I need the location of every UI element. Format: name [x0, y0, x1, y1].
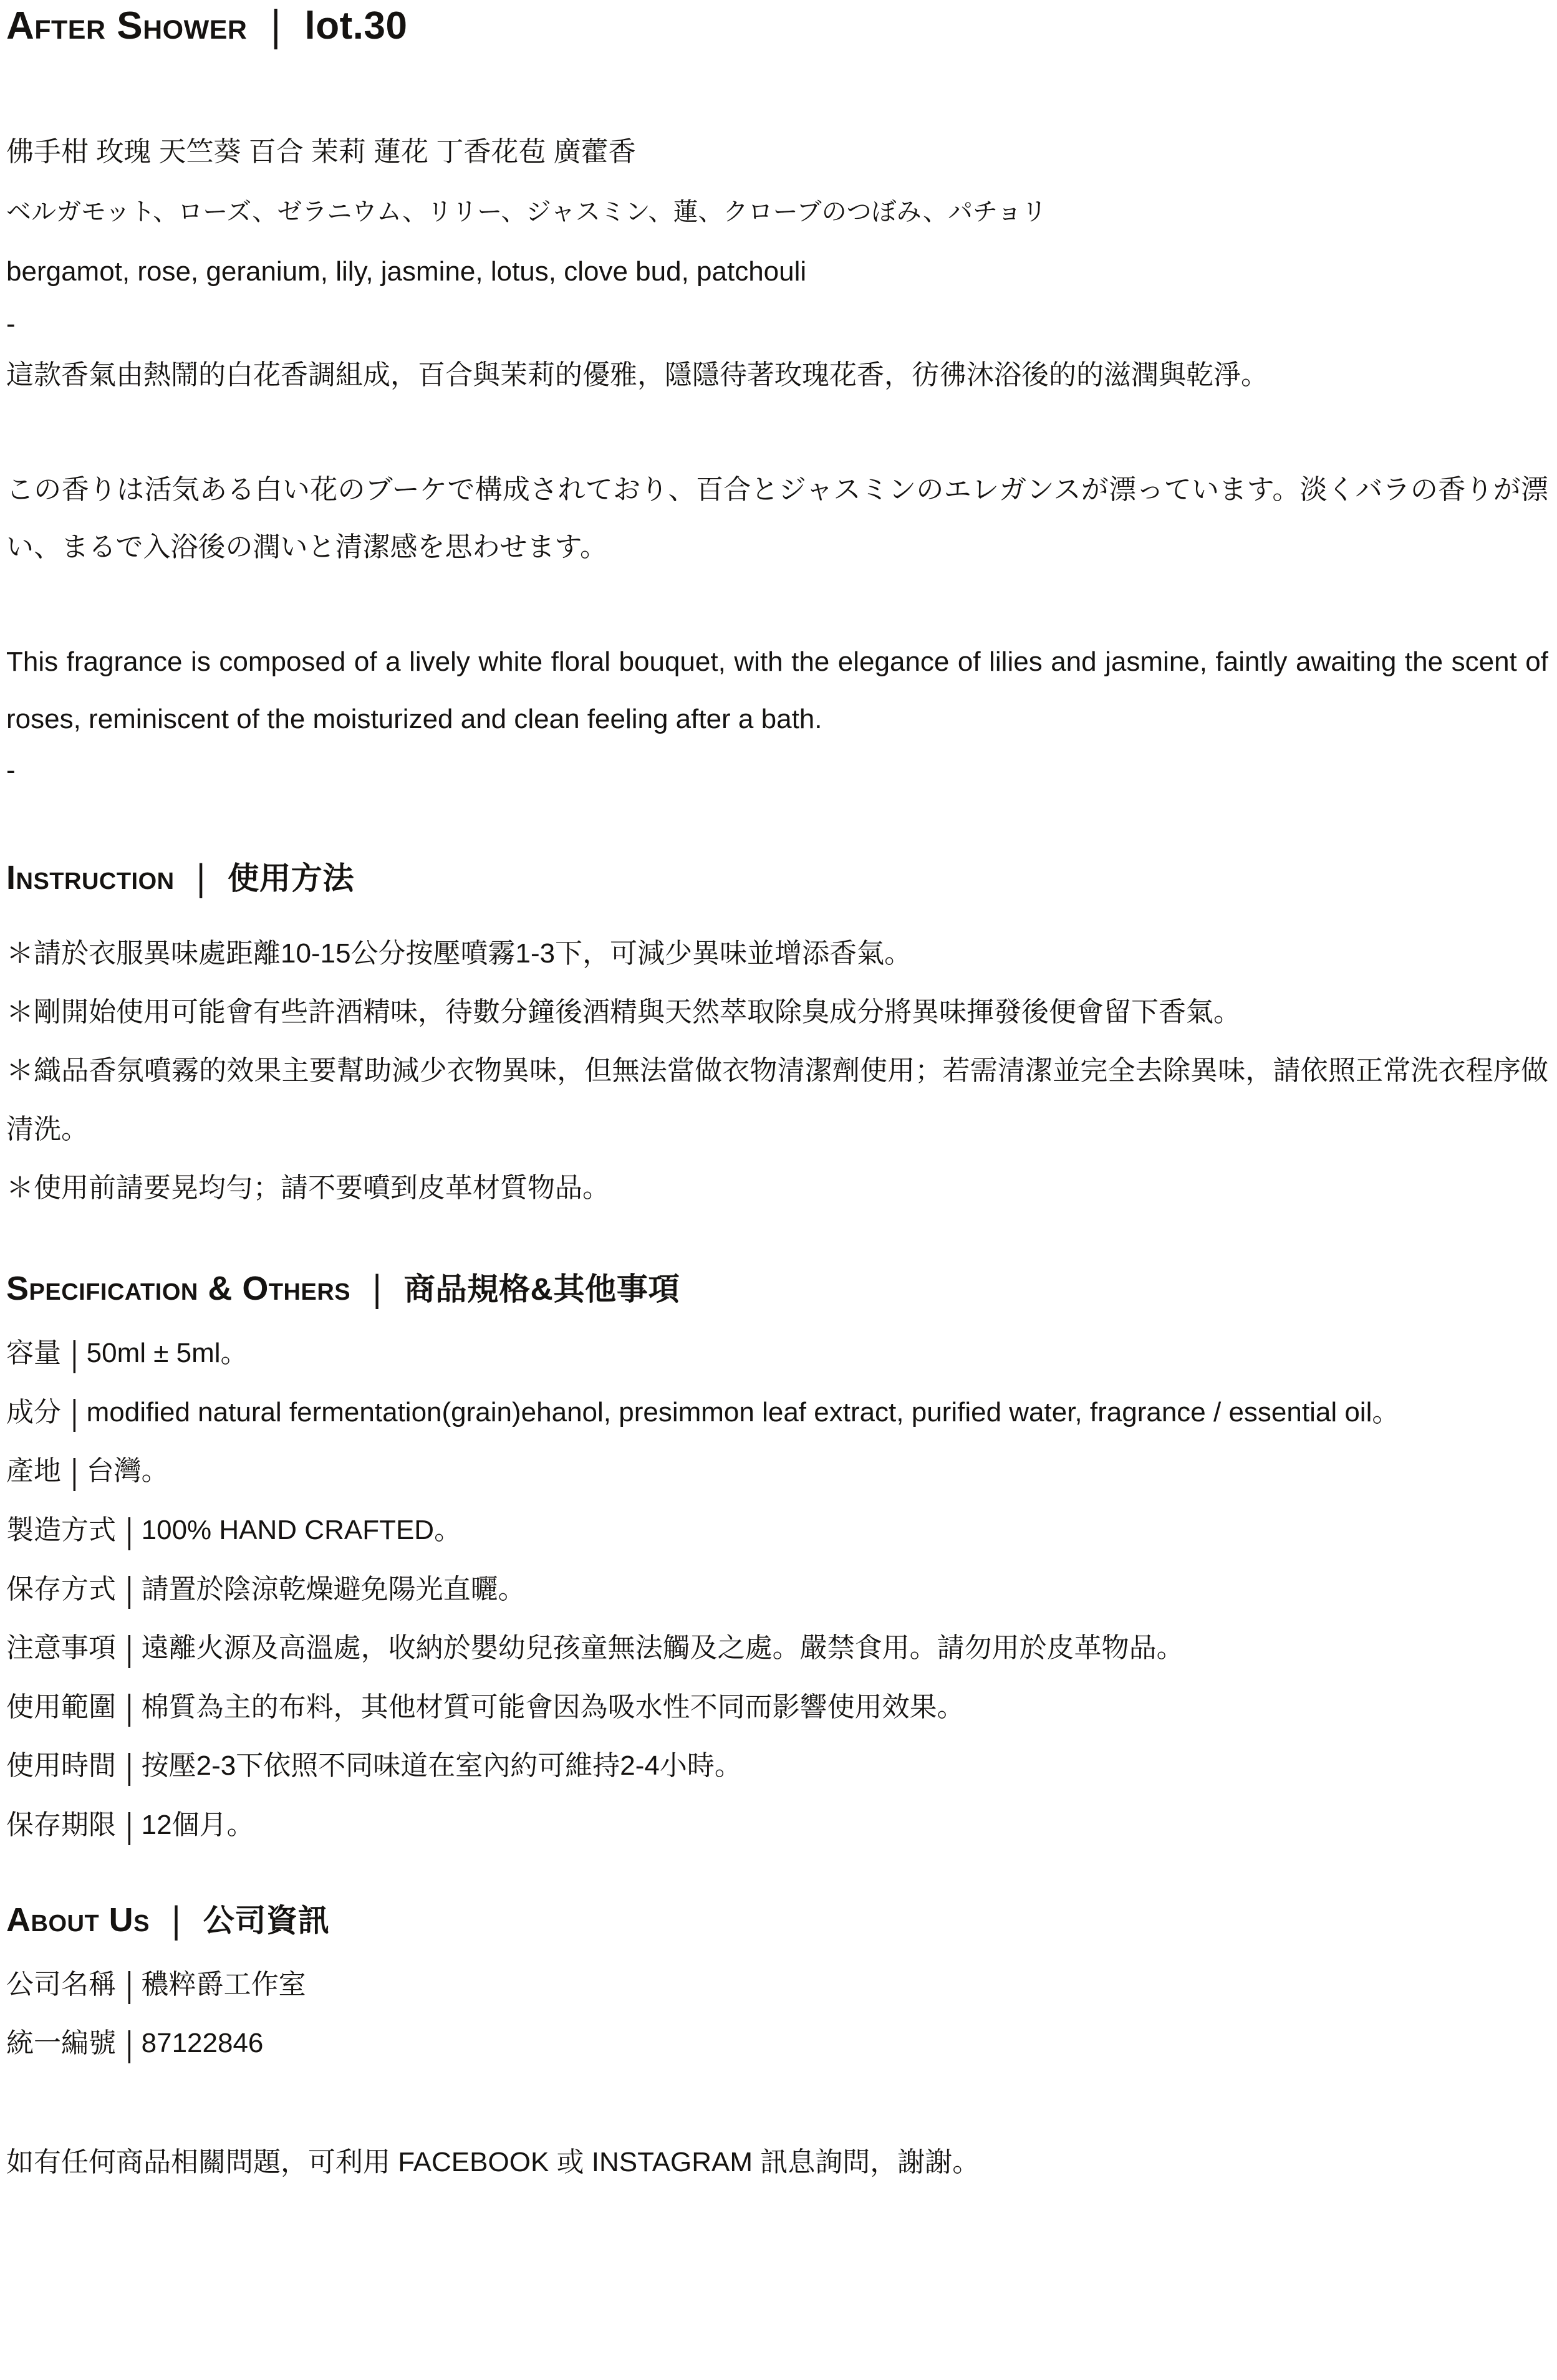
footer-contact-note: 如有任何商品相關問題，可利用 FACEBOOK 或 INSTAGRAM 訊息詢問… [6, 2133, 1548, 2192]
label-divider: | [126, 1619, 133, 1678]
label-divider: | [71, 1442, 78, 1501]
spec-label-origin: 產地 [6, 1456, 61, 1486]
spec-row-shelf-life: 保存期限|12個月。 [6, 1796, 1548, 1855]
notes-english: bergamot, rose, geranium, lily, jasmine,… [6, 242, 1548, 302]
specification-heading: Specification & Others | 商品規格&其他事項 [6, 1264, 1548, 1314]
description-japanese: この香りは活気ある白い花のブーケで構成されており、百合とジャスミンのエレガンスが… [6, 461, 1548, 576]
about-row-tax-id: 統一編號|87122846 [6, 2014, 1548, 2073]
spec-row-production: 製造方式|100% HAND CRAFTED。 [6, 1501, 1548, 1560]
about-heading-cjk: 公司資訊 [203, 1903, 330, 1938]
about-value-company-name: 穠粹爵工作室 [142, 1969, 306, 2000]
description-chinese: 這款香氣由熱鬧的白花香調組成，百合與茉莉的優雅，隱隱待著玫瑰花香，彷彿沐浴後的的… [6, 347, 1548, 404]
spec-label-production: 製造方式 [6, 1515, 116, 1545]
spec-value-caution: 遠離火源及高溫處，收納於嬰幼兒孩童無法觸及之處。嚴禁食用。請勿用於皮革物品。 [142, 1633, 1184, 1663]
spec-label-usage-range: 使用範圍 [6, 1692, 116, 1722]
spec-value-shelf-life: 12個月。 [142, 1810, 254, 1840]
instruction-bullet-2: ＊剛開始使用可能會有些許酒精味，待數分鐘後酒精與天然萃取除臭成分將異味揮發後便會… [6, 983, 1548, 1042]
spec-value-ingredients: modified natural fermentation(grain)ehan… [87, 1397, 1400, 1428]
specification-heading-cjk: 商品規格&其他事項 [404, 1272, 680, 1307]
spec-label-caution: 注意事項 [6, 1633, 116, 1663]
page-title: After Shower | lot.30 [6, 4, 1548, 49]
page-title-separator: | [258, 1, 294, 52]
specification-rows: 容量|50ml ± 5ml。 成分|modified natural ferme… [6, 1324, 1548, 1855]
spec-row-usage-range: 使用範圍|棉質為主的布料，其他材質可能會因為吸水性不同而影響使用效果。 [6, 1678, 1548, 1737]
instruction-bullets: ＊請於衣服異味處距離10-15公分按壓噴霧1-3下，可減少異味並增添香氣。 ＊剛… [6, 924, 1548, 1217]
spec-row-storage: 保存方式|請置於陰涼乾燥避免陽光直曬。 [6, 1560, 1548, 1619]
fragrance-notes: 佛手柑 玫瑰 天竺葵 百合 茉莉 蓮花 丁香花苞 廣藿香 ベルガモット、ローズ、… [6, 122, 1548, 302]
specification-section: Specification & Others | 商品規格&其他事項 容量|50… [6, 1264, 1548, 1855]
instruction-bullet-1: ＊請於衣服異味處距離10-15公分按壓噴霧1-3下，可減少異味並增添香氣。 [6, 924, 1548, 983]
spec-label-volume: 容量 [6, 1338, 61, 1368]
spec-row-ingredients: 成分|modified natural fermentation(grain)e… [6, 1383, 1548, 1442]
spec-label-ingredients: 成分 [6, 1397, 61, 1428]
specification-heading-latin: Specification & Others [6, 1270, 350, 1307]
about-row-company-name: 公司名稱|穠粹爵工作室 [6, 1955, 1548, 2015]
spec-value-usage-duration: 按壓2-3下依照不同味道在室內約可維持2-4小時。 [142, 1750, 742, 1781]
spec-value-volume: 50ml ± 5ml。 [87, 1338, 248, 1368]
product-detail-page: After Shower | lot.30 佛手柑 玫瑰 天竺葵 百合 茉莉 蓮… [0, 0, 1557, 2380]
label-divider: | [126, 1797, 133, 1855]
instruction-bullet-3: ＊織品香氛噴霧的效果主要幫助減少衣物異味，但無法當做衣物清潔劑使用；若需清潔並完… [6, 1042, 1548, 1159]
spec-value-origin: 台灣。 [87, 1456, 169, 1486]
spec-label-usage-duration: 使用時間 [6, 1750, 116, 1781]
label-divider: | [71, 1383, 78, 1442]
spec-label-storage: 保存方式 [6, 1574, 116, 1605]
label-divider: | [126, 1678, 133, 1737]
label-divider: | [126, 1737, 133, 1796]
about-heading: About Us | 公司資訊 [6, 1895, 1548, 1946]
notes-chinese: 佛手柑 玫瑰 天竺葵 百合 茉莉 蓮花 丁香花苞 廣藿香 [6, 122, 1548, 182]
spec-value-production: 100% HAND CRAFTED。 [142, 1515, 461, 1545]
about-heading-separator: | [160, 1892, 194, 1948]
about-rows: 公司名稱|穠粹爵工作室 統一編號|87122846 [6, 1955, 1548, 2073]
label-divider: | [126, 1560, 133, 1619]
label-divider: | [126, 1955, 133, 2014]
instruction-heading-latin: Instruction [6, 859, 175, 896]
instruction-heading-separator: | [184, 850, 218, 906]
description-section: 這款香氣由熱鬧的白花香調組成，百合與茉莉的優雅，隱隱待著玫瑰花香，彷彿沐浴後的的… [6, 347, 1548, 748]
spec-row-caution: 注意事項|遠離火源及高溫處，收納於嬰幼兒孩童無法觸及之處。嚴禁食用。請勿用於皮革… [6, 1619, 1548, 1678]
instruction-section: Instruction | 使用方法 ＊請於衣服異味處距離10-15公分按壓噴霧… [6, 853, 1548, 1217]
label-divider: | [71, 1325, 78, 1383]
instruction-heading: Instruction | 使用方法 [6, 853, 1548, 903]
label-divider: | [126, 1502, 133, 1560]
label-divider: | [126, 2015, 133, 2073]
spec-value-usage-range: 棉質為主的布料，其他材質可能會因為吸水性不同而影響使用效果。 [142, 1692, 965, 1722]
spec-row-volume: 容量|50ml ± 5ml。 [6, 1324, 1548, 1383]
spec-value-storage: 請置於陰涼乾燥避免陽光直曬。 [142, 1574, 526, 1605]
about-label-tax-id: 統一編號 [6, 2028, 116, 2058]
spec-row-origin: 產地|台灣。 [6, 1442, 1548, 1501]
instruction-heading-cjk: 使用方法 [228, 861, 354, 896]
notes-japanese: ベルガモット、ローズ、ゼラニウム、リリー、ジャスミン、蓮、クローブのつぼみ、パチ… [6, 182, 1548, 242]
about-heading-latin: About Us [6, 1901, 150, 1939]
spec-row-usage-duration: 使用時間|按壓2-3下依照不同味道在室內約可維持2-4小時。 [6, 1737, 1548, 1796]
page-title-lot-number: lot.30 [305, 4, 408, 47]
about-label-company-name: 公司名稱 [6, 1969, 116, 2000]
instruction-bullet-4: ＊使用前請要晃均勻；請不要噴到皮革材質物品。 [6, 1159, 1548, 1217]
about-value-tax-id: 87122846 [142, 2028, 264, 2058]
spec-label-shelf-life: 保存期限 [6, 1810, 116, 1840]
about-section: About Us | 公司資訊 公司名稱|穠粹爵工作室 統一編號|8712284… [6, 1895, 1548, 2073]
specification-heading-separator: | [360, 1260, 395, 1317]
page-title-latin: After Shower [6, 4, 247, 47]
description-english: This fragrance is composed of a lively w… [6, 633, 1548, 748]
section-dash-bottom: - [6, 748, 1548, 793]
section-dash-top: - [6, 302, 1548, 347]
